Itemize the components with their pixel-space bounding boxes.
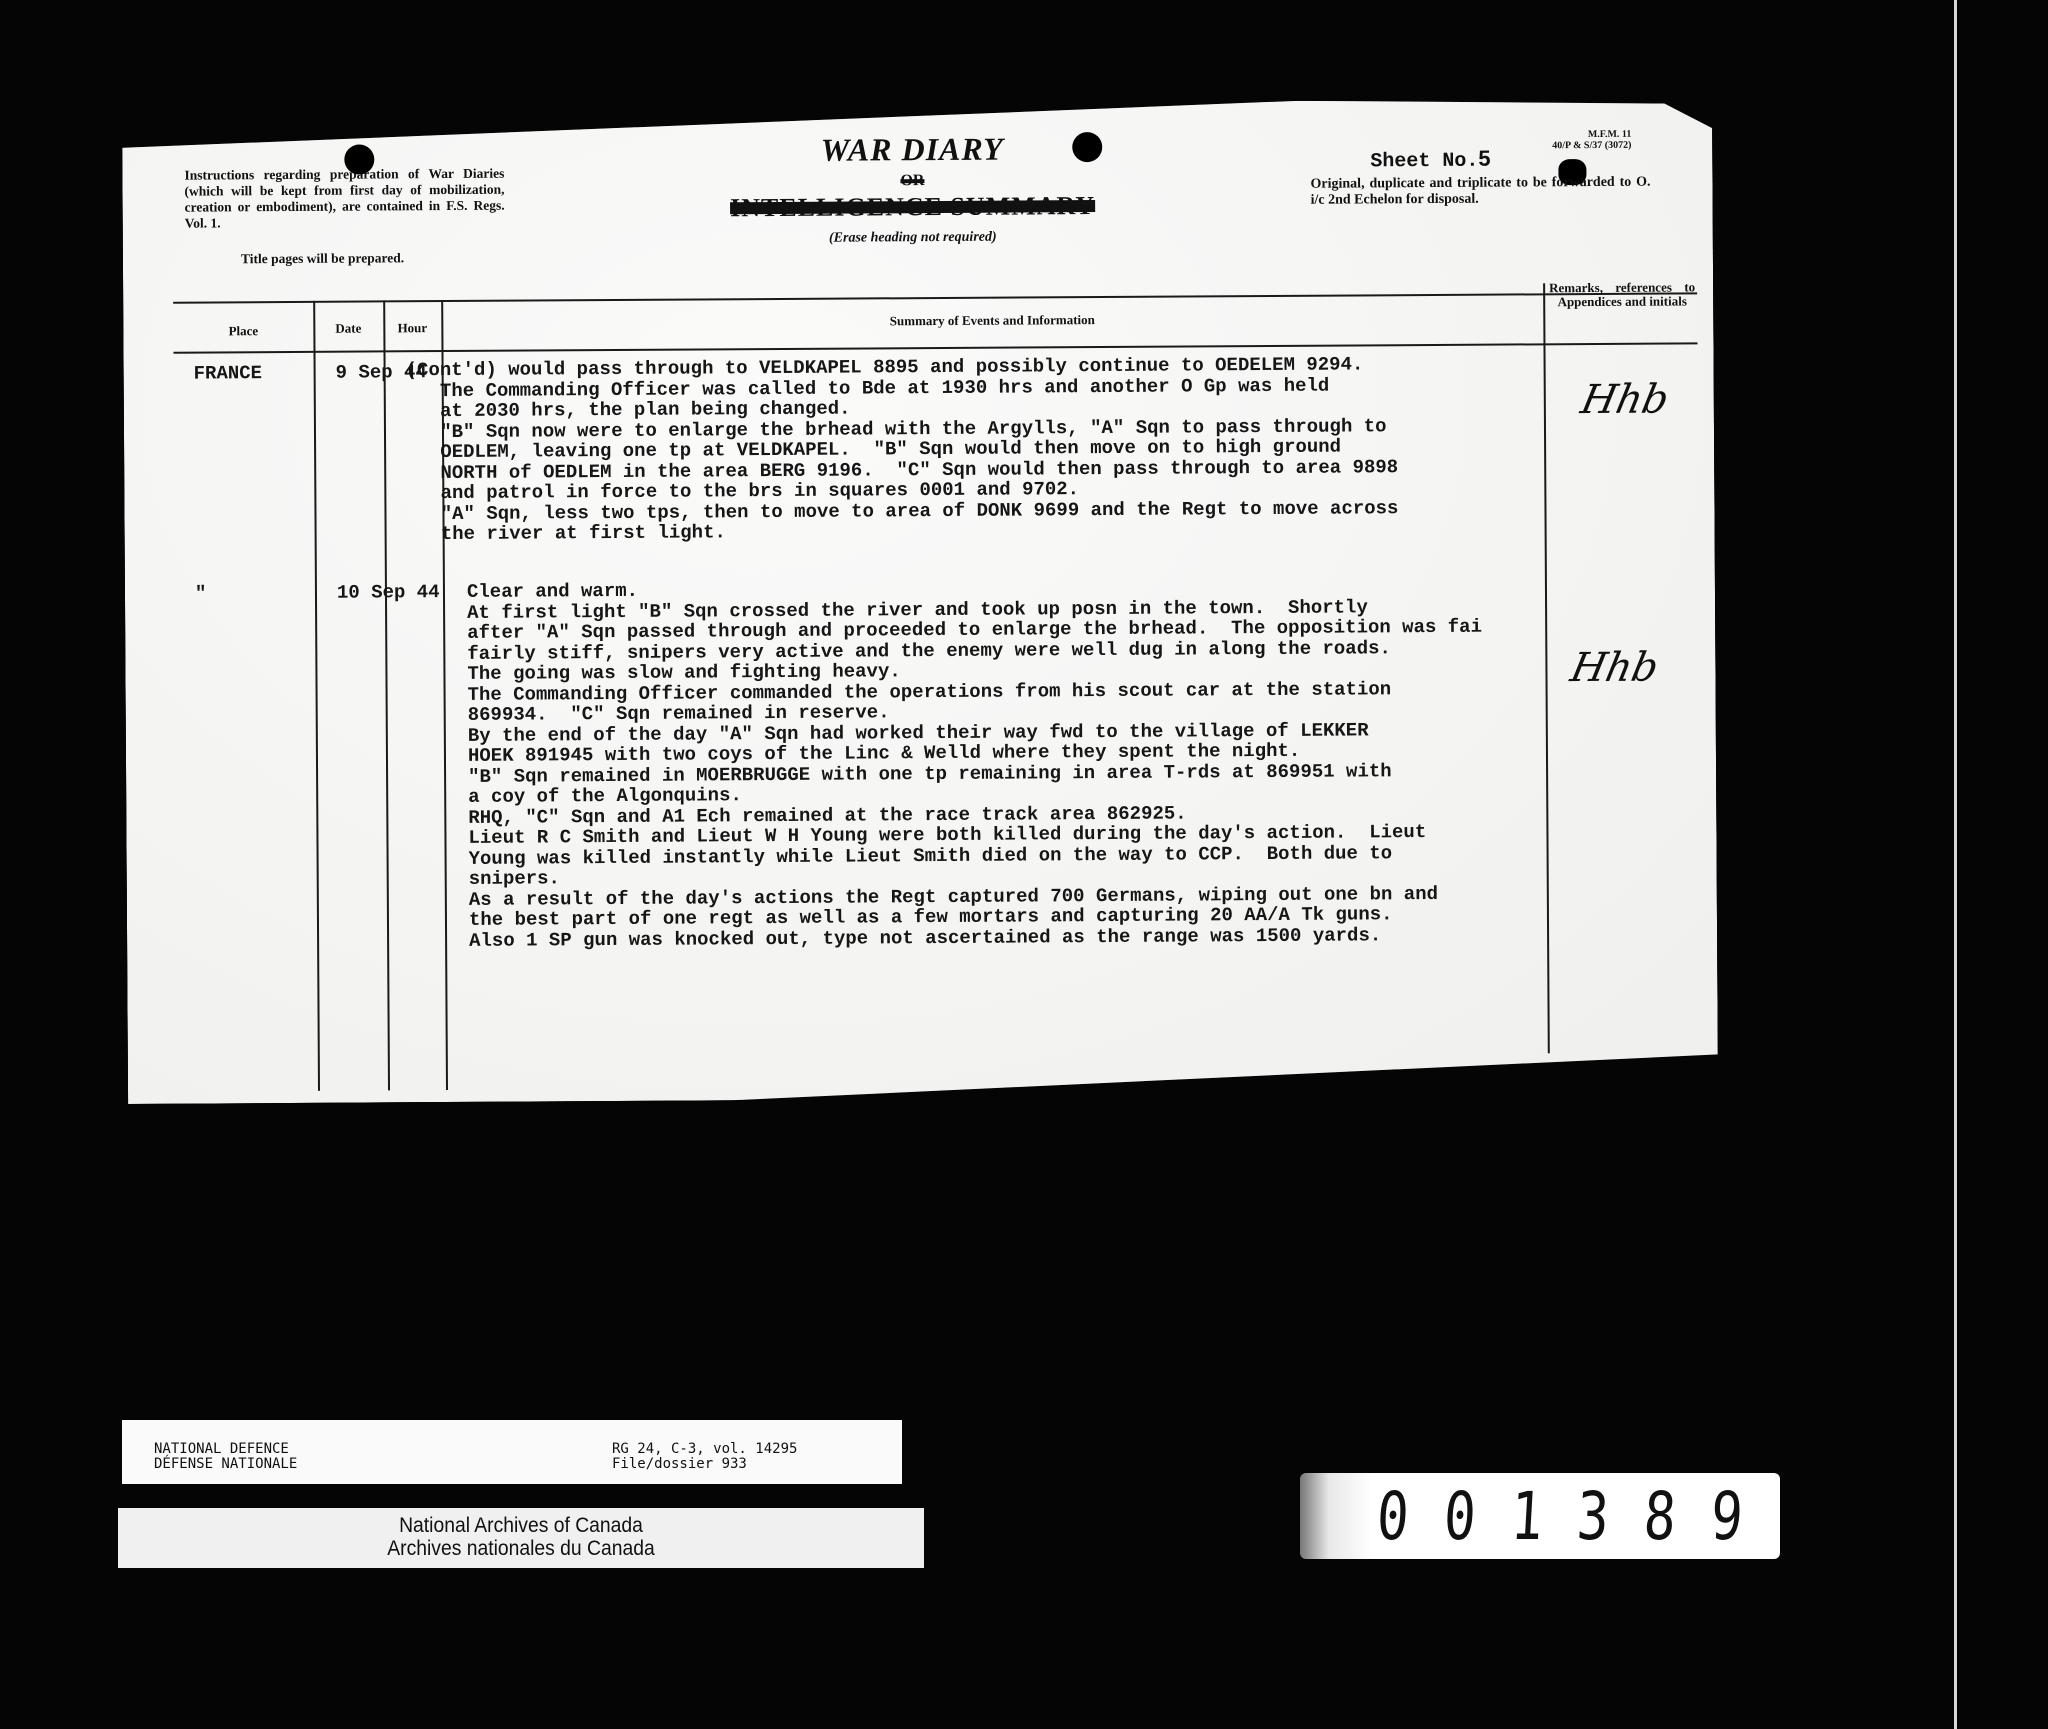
department-name: NATIONAL DEFENCE DÉFENSE NATIONALE xyxy=(154,1442,297,1472)
war-diary-sheet: Instructions regarding preparation of Wa… xyxy=(122,98,1718,1104)
entry-line: Also 1 SP gun was knocked out, type not … xyxy=(469,924,1484,951)
department-name-fr: DÉFENSE NATIONALE xyxy=(154,1457,297,1472)
sheet-number: Sheet No.5 xyxy=(1370,146,1490,174)
column-divider xyxy=(1543,283,1550,1053)
sheet-number-value: 5 xyxy=(1478,146,1490,171)
archive-name-en: National Archives of Canada xyxy=(150,1514,892,1537)
film-edge-line xyxy=(1954,0,1957,1729)
entry-summary: (Cont'd) would pass through to VELDKAPEL… xyxy=(406,354,1399,545)
record-group: RG 24, C-3, vol. 14295 xyxy=(612,1442,797,1457)
counter-digit: 3 xyxy=(1575,1478,1611,1555)
archive-name-fr: Archives nationales du Canada xyxy=(150,1537,892,1560)
entry-line: the river at first light. xyxy=(407,518,1399,545)
disposal-note: Original, duplicate and triplicate to be… xyxy=(1310,175,1650,209)
title-block: WAR DIARY OR INTELLIGENCE SUMMARY (Erase… xyxy=(642,130,1183,248)
archive-name-label: National Archives of Canada Archives nat… xyxy=(118,1508,924,1568)
header-date: Date xyxy=(313,320,383,336)
title-struck-heading: INTELLIGENCE SUMMARY xyxy=(643,191,1183,224)
table-header-rule xyxy=(173,342,1697,353)
form-code-line2: 40/P & S/37 (3072) xyxy=(1552,140,1631,151)
initials-signature: Hhb xyxy=(1567,645,1663,692)
counter-digit: 8 xyxy=(1642,1478,1678,1555)
header-place: Place xyxy=(173,323,313,340)
title-pages-note: Title pages will be prepared. xyxy=(241,250,404,267)
form-code-line1: M.F.M. 11 xyxy=(1552,129,1631,140)
diary-table: Place Date Hour Summary of Events and In… xyxy=(173,284,1702,1083)
header-hour: Hour xyxy=(383,320,441,336)
page-title: WAR DIARY xyxy=(821,131,1004,169)
entry-place: " xyxy=(195,583,207,604)
form-code: M.F.M. 11 40/P & S/37 (3072) xyxy=(1552,129,1631,151)
archive-reference-label: NATIONAL DEFENCE DÉFENSE NATIONALE RG 24… xyxy=(122,1420,902,1484)
header-summary: Summary of Events and Information xyxy=(441,309,1543,332)
punch-hole xyxy=(344,144,374,174)
erase-heading-note: (Erase heading not required) xyxy=(643,229,1183,248)
counter-digit: 9 xyxy=(1709,1478,1745,1555)
counter-digit: 0 xyxy=(1442,1478,1478,1555)
record-reference: RG 24, C-3, vol. 14295 File/dossier 933 xyxy=(612,1442,797,1472)
file-number: File/dossier 933 xyxy=(612,1457,797,1472)
instructions-text: Instructions regarding preparation of Wa… xyxy=(184,166,504,232)
header-remarks: Remarks, references to Appendices and in… xyxy=(1549,280,1695,309)
column-divider xyxy=(313,301,320,1091)
entry-summary: Clear and warm.At first light "B" Sqn cr… xyxy=(467,576,1484,951)
frame-counter: 001389 xyxy=(1300,1473,1780,1559)
department-name-en: NATIONAL DEFENCE xyxy=(154,1442,297,1457)
column-divider xyxy=(383,300,390,1090)
entry-date: 10 Sep 44 xyxy=(337,582,440,603)
sheet-number-label: Sheet No. xyxy=(1370,150,1478,174)
counter-digit: 1 xyxy=(1509,1478,1545,1555)
initials-signature: Hhb xyxy=(1577,377,1673,424)
counter-digit: 0 xyxy=(1375,1478,1411,1555)
table-top-rule xyxy=(173,292,1697,303)
title-or-struck: OR xyxy=(642,171,1182,192)
entry-place: FRANCE xyxy=(194,363,263,384)
